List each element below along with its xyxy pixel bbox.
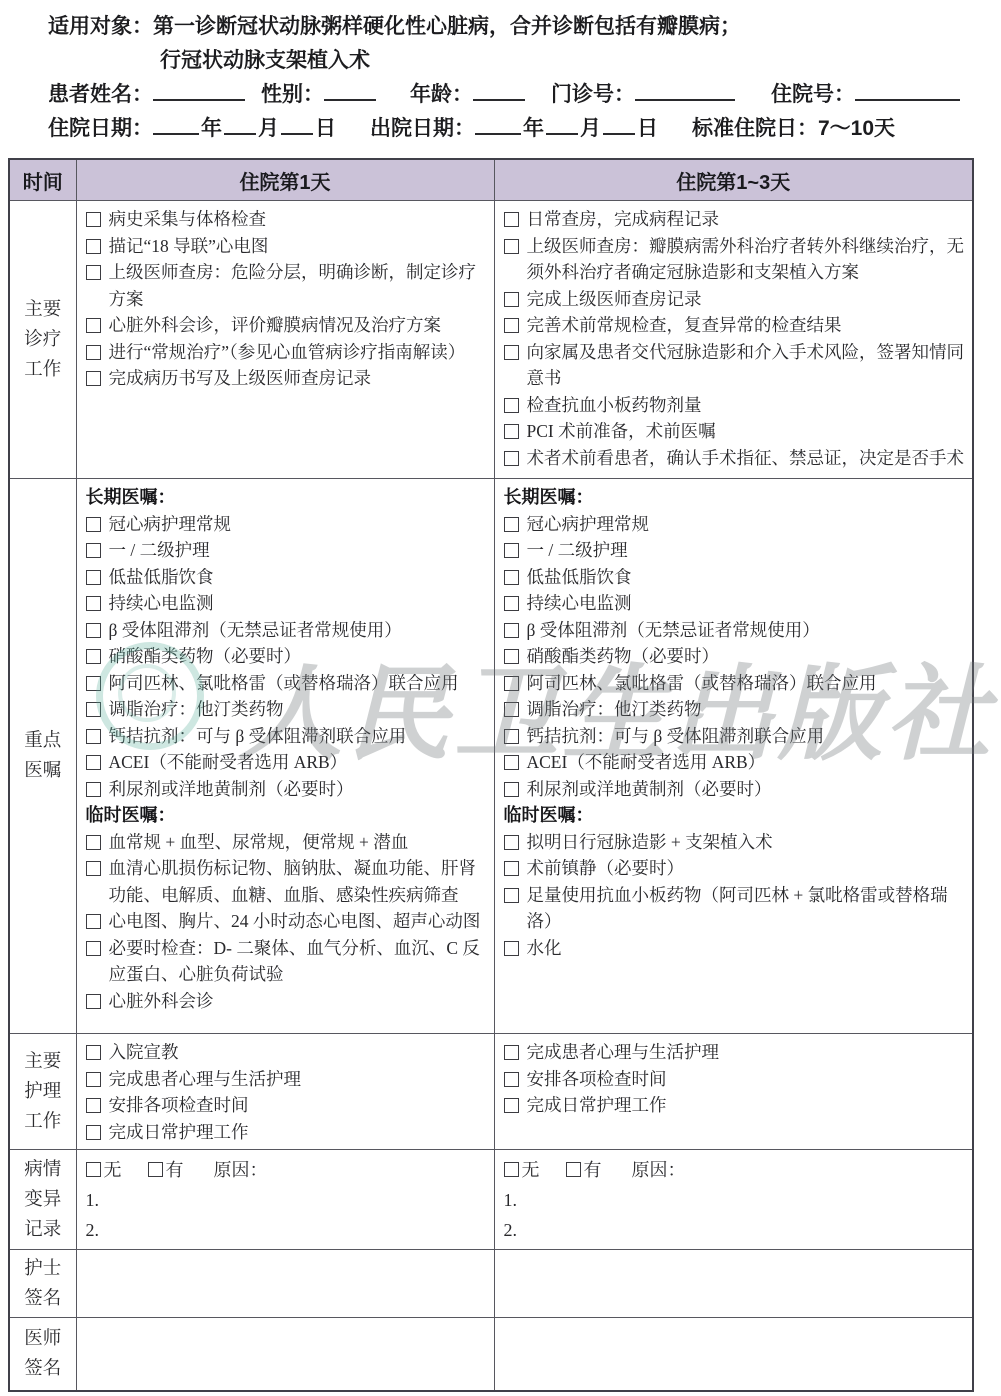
blank-line [324, 85, 376, 101]
checkbox[interactable] [86, 517, 101, 532]
checklist-item: 拟明日行冠脉造影 + 支架植入术 [504, 829, 969, 856]
checklist-item-text: 心脏外科会诊，评价瓣膜病情况及治疗方案 [109, 312, 490, 339]
variation-yes-label: 有 [166, 1160, 184, 1180]
checkbox[interactable] [504, 570, 519, 585]
checklist-item-text: 完成上级医师查房记录 [527, 286, 969, 313]
checklist-item-text: 安排各项检查时间 [527, 1066, 969, 1093]
blank-line [281, 119, 313, 135]
checklist-item: 低盐低脂饮食 [86, 564, 490, 591]
checklist-item: 硝酸酯类药物（必要时） [504, 643, 969, 670]
checkbox[interactable] [86, 623, 101, 638]
checklist-item: 长期医嘱： [504, 484, 969, 511]
checklist-item: 检查抗血小板药物剂量 [504, 392, 969, 419]
checklist-item: 足量使用抗血小板药物（阿司匹林 + 氯吡格雷或替格瑞洛） [504, 882, 969, 935]
checkbox[interactable] [86, 1072, 101, 1087]
checklist-item-text: 临时医嘱： [86, 802, 490, 829]
checklist-item-text: 上级医师查房：危险分层，明确诊断，制定诊疗方案 [109, 259, 490, 312]
checklist-item-text: 描记“18 导联”心电图 [109, 233, 490, 260]
checkbox[interactable] [86, 994, 101, 1009]
checklist-item: 钙拮抗剂：可与 β 受体阻滞剂联合应用 [504, 723, 969, 750]
variation-yes-label: 有 [584, 1160, 602, 1180]
column-header-day1: 住院第1天 [76, 159, 494, 201]
checklist-item: 持续心电监测 [86, 590, 490, 617]
checkbox[interactable] [504, 424, 519, 439]
checklist-item: 临时医嘱： [86, 802, 490, 829]
checklist-item-text: 术者术前看患者，确认手术指征、禁忌证，决定是否手术 [527, 445, 969, 472]
checklist-item: 上级医师查房：危险分层，明确诊断，制定诊疗方案 [86, 259, 490, 312]
checklist-item-text: 低盐低脂饮食 [527, 564, 969, 591]
row-label-main-nursing-work: 主要 护理 工作 [9, 1034, 76, 1150]
inpatient-no-field: 住院号： [771, 83, 960, 106]
checkbox[interactable] [504, 239, 519, 254]
outpatient-no-field: 门诊号： [551, 83, 735, 106]
page: { "page_header": { "target_label": "适用对象… [0, 0, 1001, 1396]
dates-row: 住院日期：年月日出院日期：年月日标准住院日：7～10天 [48, 112, 968, 146]
checkbox[interactable] [86, 239, 101, 254]
checklist-item: 血清心肌损伤标记物、脑钠肽、凝血功能、肝肾功能、电解质、血糖、血脂、感染性疾病筛… [86, 855, 490, 908]
checkbox[interactable] [86, 914, 101, 929]
nursing-day1-3-checklist: 完成患者心理与生活护理 安排各项检查时间 完成日常护理工作 [504, 1039, 969, 1119]
gender-label: 性别： [261, 83, 324, 106]
row-main-diagnosis-work: 主要 诊疗 工作 病史采集与体格检查 描记“18 导联”心电图 上级医师查房：危… [9, 201, 973, 479]
admission-date-label: 住院日期： [48, 117, 153, 140]
checklist-item-text: 病史采集与体格检查 [109, 206, 490, 233]
checklist-item: 阿司匹林、氯吡格雷（或替格瑞洛）联合应用 [504, 670, 969, 697]
table-header-row: 时间 住院第1天 住院第1~3天 [9, 159, 973, 201]
checklist-item-text: 血清心肌损伤标记物、脑钠肽、凝血功能、肝肾功能、电解质、血糖、血脂、感染性疾病筛… [109, 855, 490, 908]
checklist-item: 一 / 二级护理 [504, 537, 969, 564]
variation-none-checkbox[interactable] [86, 1162, 101, 1177]
blank-line [473, 85, 525, 101]
checklist-item-text: 血常规 + 血型、尿常规，便常规 + 潜血 [109, 829, 490, 856]
checkbox[interactable] [86, 702, 101, 717]
checklist-item: 入院宣教 [86, 1039, 490, 1066]
checklist-item: 安排各项检查时间 [86, 1092, 490, 1119]
checkbox[interactable] [86, 265, 101, 280]
row-label-main-diagnosis-work: 主要 诊疗 工作 [9, 201, 76, 479]
variation-block: 无有原因： 1. 2. [86, 1155, 490, 1245]
checklist-item-text: 心电图、胸片、24 小时动态心电图、超声心动图 [109, 908, 490, 935]
checklist-item: 钙拮抗剂：可与 β 受体阻滞剂联合应用 [86, 723, 490, 750]
checkbox[interactable] [504, 517, 519, 532]
checklist-item-text: 调脂治疗：他汀类药物 [527, 696, 969, 723]
row-nurse-signature: 护士 签名 [9, 1250, 973, 1318]
blank-line [546, 119, 578, 135]
applicable-target-text: 第一诊断冠状动脉粥样硬化性心脏病，合并诊断包括有瓣膜病； [153, 15, 741, 38]
blank-line [153, 119, 199, 135]
checklist-item: 术前镇静（必要时） [504, 855, 969, 882]
checklist-item: 安排各项检查时间 [504, 1066, 969, 1093]
checkbox[interactable] [504, 888, 519, 903]
checklist-item: 进行“常规治疗”（参见心血管病诊疗指南解读） [86, 339, 490, 366]
checklist-item-text: 术前镇静（必要时） [527, 855, 969, 882]
checklist-item: ACEI（不能耐受者选用 ARB） [504, 749, 969, 776]
month-label: 月 [258, 117, 279, 140]
checkbox[interactable] [86, 345, 101, 360]
checklist-item-text: 阿司匹林、氯吡格雷（或替格瑞洛）联合应用 [109, 670, 490, 697]
row-label-nurse-signature: 护士 签名 [9, 1250, 76, 1318]
checklist-item-text: 长期医嘱： [504, 484, 969, 511]
year-label: 年 [523, 117, 544, 140]
checklist-item-text: 一 / 二级护理 [527, 537, 969, 564]
checklist-item-text: 完成日常护理工作 [527, 1092, 969, 1119]
checklist-item: 临时医嘱： [504, 802, 969, 829]
checklist-item-text: 水化 [527, 935, 969, 962]
checklist-item-text: 阿司匹林、氯吡格雷（或替格瑞洛）联合应用 [527, 670, 969, 697]
checkbox[interactable] [86, 543, 101, 558]
checklist-item: 描记“18 导联”心电图 [86, 233, 490, 260]
checklist-item: 心脏外科会诊，评价瓣膜病情况及治疗方案 [86, 312, 490, 339]
checkbox[interactable] [504, 212, 519, 227]
checkbox[interactable] [504, 543, 519, 558]
variation-block: 无有原因： 1. 2. [504, 1155, 969, 1245]
checklist-item-text: 冠心病护理常规 [109, 511, 490, 538]
checkbox[interactable] [86, 835, 101, 850]
checkbox[interactable] [86, 861, 101, 876]
cell-orders-day1-3: 长期医嘱： 冠心病护理常规 一 / 二级护理 低盐低脂饮食 持续心电监测 β 受… [494, 479, 973, 1034]
checklist-item: ACEI（不能耐受者选用 ARB） [86, 749, 490, 776]
checkbox[interactable] [504, 1045, 519, 1060]
checkbox[interactable] [504, 292, 519, 307]
age-field: 年龄： [410, 83, 525, 106]
column-header-day1-3: 住院第1~3天 [494, 159, 973, 201]
checkbox[interactable] [86, 1045, 101, 1060]
patient-info-row: 患者姓名：性别：年龄：门诊号：住院号： [48, 78, 968, 112]
variation-reason-line-2: 2. [86, 1215, 490, 1245]
checkbox[interactable] [86, 596, 101, 611]
checklist-item: 日常查房，完成病程记录 [504, 206, 969, 233]
blank-line [475, 119, 521, 135]
checklist-item-text: 日常查房，完成病程记录 [527, 206, 969, 233]
variation-yes-checkbox[interactable] [566, 1162, 581, 1177]
checklist-item: 利尿剂或洋地黄制剂（必要时） [86, 776, 490, 803]
checklist-item: 完成患者心理与生活护理 [504, 1039, 969, 1066]
variation-none-label: 无 [522, 1160, 540, 1180]
checkbox[interactable] [86, 649, 101, 664]
checklist-item: 一 / 二级护理 [86, 537, 490, 564]
checkbox[interactable] [86, 676, 101, 691]
checklist-item-text: 临时医嘱： [504, 802, 969, 829]
gender-field: 性别： [261, 83, 376, 106]
checklist-item: 病史采集与体格检查 [86, 206, 490, 233]
clinical-pathway-table: 时间 住院第1天 住院第1~3天 主要 诊疗 工作 病史采集与体格检查 描记“1… [8, 158, 974, 1392]
checklist-item: 硝酸酯类药物（必要时） [86, 643, 490, 670]
cell-variation-day1: 无有原因： 1. 2. [76, 1150, 494, 1250]
checklist-item-text: 利尿剂或洋地黄制剂（必要时） [109, 776, 490, 803]
checklist-item-text: β 受体阻滞剂（无禁忌证者常规使用） [527, 617, 969, 644]
checklist-item: 完成患者心理与生活护理 [86, 1066, 490, 1093]
variation-none-checkbox[interactable] [504, 1162, 519, 1177]
column-header-time: 时间 [9, 159, 76, 201]
variation-reason-label: 原因： [214, 1160, 268, 1180]
physician-signature-cell-day1 [76, 1318, 494, 1391]
cell-diagnosis-day1-3: 日常查房，完成病程记录 上级医师查房：瓣膜病需外科治疗者转外科继续治疗，无须外科… [494, 201, 973, 479]
checklist-item: 完成上级医师查房记录 [504, 286, 969, 313]
applicable-target-line2: 行冠状动脉支架植入术 [48, 44, 968, 78]
checklist-item: 调脂治疗：他汀类药物 [86, 696, 490, 723]
checklist-item-text: 调脂治疗：他汀类药物 [109, 696, 490, 723]
checklist-item: 心脏外科会诊 [86, 988, 490, 1015]
checkbox[interactable] [504, 649, 519, 664]
variation-none-label: 无 [104, 1160, 122, 1180]
variation-yes-checkbox[interactable] [148, 1162, 163, 1177]
blank-line [153, 85, 245, 101]
variation-choice-line: 无有原因： [504, 1155, 969, 1185]
orders-day1-3-checklist: 长期医嘱： 冠心病护理常规 一 / 二级护理 低盐低脂饮食 持续心电监测 β 受… [504, 484, 969, 961]
checkbox[interactable] [86, 1125, 101, 1140]
checklist-item-text: 完成日常护理工作 [109, 1119, 490, 1146]
checklist-item-text: 足量使用抗血小板药物（阿司匹林 + 氯吡格雷或替格瑞洛） [527, 882, 969, 935]
cell-nursing-day1-3: 完成患者心理与生活护理 安排各项检查时间 完成日常护理工作 [494, 1034, 973, 1150]
cell-variation-day1-3: 无有原因： 1. 2. [494, 1150, 973, 1250]
checkbox[interactable] [86, 941, 101, 956]
patient-name-field: 患者姓名： [48, 83, 245, 106]
checklist-item: 必要时检查：D- 二聚体、血气分析、血沉、C 反应蛋白、心脏负荷试验 [86, 935, 490, 988]
checkbox[interactable] [86, 318, 101, 333]
blank-line [603, 119, 635, 135]
discharge-date-label: 出院日期： [370, 117, 475, 140]
nursing-day1-checklist: 入院宣教 完成患者心理与生活护理 安排各项检查时间 完成日常护理工作 [86, 1039, 490, 1145]
checklist-item-text: 硝酸酯类药物（必要时） [527, 643, 969, 670]
checklist-item-text: 向家属及患者交代冠脉造影和介入手术风险，签署知情同意书 [527, 339, 969, 392]
checklist-item-text: 硝酸酯类药物（必要时） [109, 643, 490, 670]
checkbox[interactable] [504, 345, 519, 360]
checkbox[interactable] [86, 371, 101, 386]
checkbox[interactable] [504, 451, 519, 466]
checklist-item-text: 入院宣教 [109, 1039, 490, 1066]
variation-choice-line: 无有原因： [86, 1155, 490, 1185]
row-variation-record: 病情 变异 记录 无有原因： 1. 2. 无有原因： 1. 2. [9, 1150, 973, 1250]
checkbox[interactable] [504, 398, 519, 413]
checklist-item: 调脂治疗：他汀类药物 [504, 696, 969, 723]
checklist-item-text: 钙拮抗剂：可与 β 受体阻滞剂联合应用 [527, 723, 969, 750]
checklist-item: 水化 [504, 935, 969, 962]
variation-reason-line-2: 2. [504, 1215, 969, 1245]
checklist-item-text: 钙拮抗剂：可与 β 受体阻滞剂联合应用 [109, 723, 490, 750]
applicable-target-line1: 适用对象：第一诊断冠状动脉粥样硬化性心脏病，合并诊断包括有瓣膜病； [48, 10, 968, 44]
checklist-item-text: 利尿剂或洋地黄制剂（必要时） [527, 776, 969, 803]
nurse-signature-cell-day1-3 [494, 1250, 973, 1318]
inpatient-no-label: 住院号： [771, 83, 855, 106]
variation-reason-line-1: 1. [86, 1185, 490, 1215]
checklist-item: 术者术前看患者，确认手术指征、禁忌证，决定是否手术 [504, 445, 969, 472]
checklist-item-text: 低盐低脂饮食 [109, 564, 490, 591]
checklist-item: 低盐低脂饮食 [504, 564, 969, 591]
checklist-item-text: 完善术前常规检查，复查异常的检查结果 [527, 312, 969, 339]
checklist-item: 完成日常护理工作 [86, 1119, 490, 1146]
checklist-item: 完成病历书写及上级医师查房记录 [86, 365, 490, 392]
month-label: 月 [580, 117, 601, 140]
row-label-variation-record: 病情 变异 记录 [9, 1150, 76, 1250]
variation-reason-label: 原因： [632, 1160, 686, 1180]
row-key-orders: 重点 医嘱 长期医嘱： 冠心病护理常规 一 / 二级护理 低盐低脂饮食 持续心电… [9, 479, 973, 1034]
checkbox[interactable] [504, 835, 519, 850]
checkbox[interactable] [504, 318, 519, 333]
checkbox[interactable] [86, 782, 101, 797]
checklist-item: 完成日常护理工作 [504, 1092, 969, 1119]
checklist-item: 阿司匹林、氯吡格雷（或替格瑞洛）联合应用 [86, 670, 490, 697]
standard-stay-label: 标准住院日：7～10天 [692, 117, 895, 140]
year-label: 年 [201, 117, 222, 140]
checklist-item-text: PCI 术前准备，术前医嘱 [527, 418, 969, 445]
checklist-item-text: 必要时检查：D- 二聚体、血气分析、血沉、C 反应蛋白、心脏负荷试验 [109, 935, 490, 988]
checklist-item-text: 进行“常规治疗”（参见心血管病诊疗指南解读） [109, 339, 490, 366]
diagnosis-day1-checklist: 病史采集与体格检查 描记“18 导联”心电图 上级医师查房：危险分层，明确诊断，… [86, 206, 490, 392]
nurse-signature-cell-day1 [76, 1250, 494, 1318]
checklist-item: β 受体阻滞剂（无禁忌证者常规使用） [504, 617, 969, 644]
orders-day1-checklist: 长期医嘱： 冠心病护理常规 一 / 二级护理 低盐低脂饮食 持续心电监测 β 受… [86, 484, 490, 1014]
checkbox[interactable] [504, 623, 519, 638]
checkbox[interactable] [504, 861, 519, 876]
checklist-item-text: 持续心电监测 [527, 590, 969, 617]
row-main-nursing-work: 主要 护理 工作 入院宣教 完成患者心理与生活护理 安排各项检查时间 完成日常护… [9, 1034, 973, 1150]
checklist-item-text: 拟明日行冠脉造影 + 支架植入术 [527, 829, 969, 856]
row-label-key-orders: 重点 医嘱 [9, 479, 76, 1034]
checklist-item: 持续心电监测 [504, 590, 969, 617]
checkbox[interactable] [504, 676, 519, 691]
checklist-item-text: β 受体阻滞剂（无禁忌证者常规使用） [109, 617, 490, 644]
checklist-item-text: ACEI（不能耐受者选用 ARB） [109, 749, 490, 776]
patient-name-label: 患者姓名： [48, 83, 153, 106]
diagnosis-day1-3-checklist: 日常查房，完成病程记录 上级医师查房：瓣膜病需外科治疗者转外科继续治疗，无须外科… [504, 206, 969, 471]
checklist-item-text: 持续心电监测 [109, 590, 490, 617]
physician-signature-cell-day1-3 [494, 1318, 973, 1391]
checklist-item: 利尿剂或洋地黄制剂（必要时） [504, 776, 969, 803]
checklist-item: β 受体阻滞剂（无禁忌证者常规使用） [86, 617, 490, 644]
checklist-item: 完善术前常规检查，复查异常的检查结果 [504, 312, 969, 339]
checklist-item-text: 长期医嘱： [86, 484, 490, 511]
checkbox[interactable] [86, 570, 101, 585]
document-header: 适用对象：第一诊断冠状动脉粥样硬化性心脏病，合并诊断包括有瓣膜病； 行冠状动脉支… [48, 10, 968, 146]
outpatient-no-label: 门诊号： [551, 83, 635, 106]
checklist-item: 冠心病护理常规 [86, 511, 490, 538]
checkbox[interactable] [504, 782, 519, 797]
row-label-physician-signature: 医师 签名 [9, 1318, 76, 1391]
cell-diagnosis-day1: 病史采集与体格检查 描记“18 导联”心电图 上级医师查房：危险分层，明确诊断，… [76, 201, 494, 479]
blank-line [635, 85, 735, 101]
checkbox[interactable] [504, 1072, 519, 1087]
cell-nursing-day1: 入院宣教 完成患者心理与生活护理 安排各项检查时间 完成日常护理工作 [76, 1034, 494, 1150]
checklist-item-text: 心脏外科会诊 [109, 988, 490, 1015]
checklist-item-text: 检查抗血小板药物剂量 [527, 392, 969, 419]
checklist-item-text: 完成患者心理与生活护理 [527, 1039, 969, 1066]
variation-reason-line-1: 1. [504, 1185, 969, 1215]
checklist-item-text: 冠心病护理常规 [527, 511, 969, 538]
checklist-item-text: 安排各项检查时间 [109, 1092, 490, 1119]
row-physician-signature: 医师 签名 [9, 1318, 973, 1391]
checklist-item: 心电图、胸片、24 小时动态心电图、超声心动图 [86, 908, 490, 935]
checklist-item-text: 一 / 二级护理 [109, 537, 490, 564]
checkbox[interactable] [504, 596, 519, 611]
checklist-item-text: 完成患者心理与生活护理 [109, 1066, 490, 1093]
checkbox[interactable] [86, 212, 101, 227]
checkbox[interactable] [504, 1098, 519, 1113]
checklist-item: 向家属及患者交代冠脉造影和介入手术风险，签署知情同意书 [504, 339, 969, 392]
checklist-item-text: 上级医师查房：瓣膜病需外科治疗者转外科继续治疗，无须外科治疗者确定冠脉造影和支架… [527, 233, 969, 286]
checkbox[interactable] [504, 729, 519, 744]
checklist-item: 上级医师查房：瓣膜病需外科治疗者转外科继续治疗，无须外科治疗者确定冠脉造影和支架… [504, 233, 969, 286]
age-label: 年龄： [410, 83, 473, 106]
day-label: 日 [315, 117, 336, 140]
checklist-item: 血常规 + 血型、尿常规，便常规 + 潜血 [86, 829, 490, 856]
checkbox[interactable] [504, 702, 519, 717]
cell-orders-day1: 长期医嘱： 冠心病护理常规 一 / 二级护理 低盐低脂饮食 持续心电监测 β 受… [76, 479, 494, 1034]
checkbox[interactable] [86, 755, 101, 770]
day-label: 日 [637, 117, 658, 140]
blank-line [224, 119, 256, 135]
blank-line [855, 85, 960, 101]
applicable-target-label: 适用对象： [48, 15, 153, 38]
checkbox[interactable] [86, 729, 101, 744]
checkbox[interactable] [504, 755, 519, 770]
checklist-item-text: ACEI（不能耐受者选用 ARB） [527, 749, 969, 776]
checklist-item: 冠心病护理常规 [504, 511, 969, 538]
checklist-item: PCI 术前准备，术前医嘱 [504, 418, 969, 445]
checkbox[interactable] [86, 1098, 101, 1113]
checkbox[interactable] [504, 941, 519, 956]
checklist-item: 长期医嘱： [86, 484, 490, 511]
checklist-item-text: 完成病历书写及上级医师查房记录 [109, 365, 490, 392]
